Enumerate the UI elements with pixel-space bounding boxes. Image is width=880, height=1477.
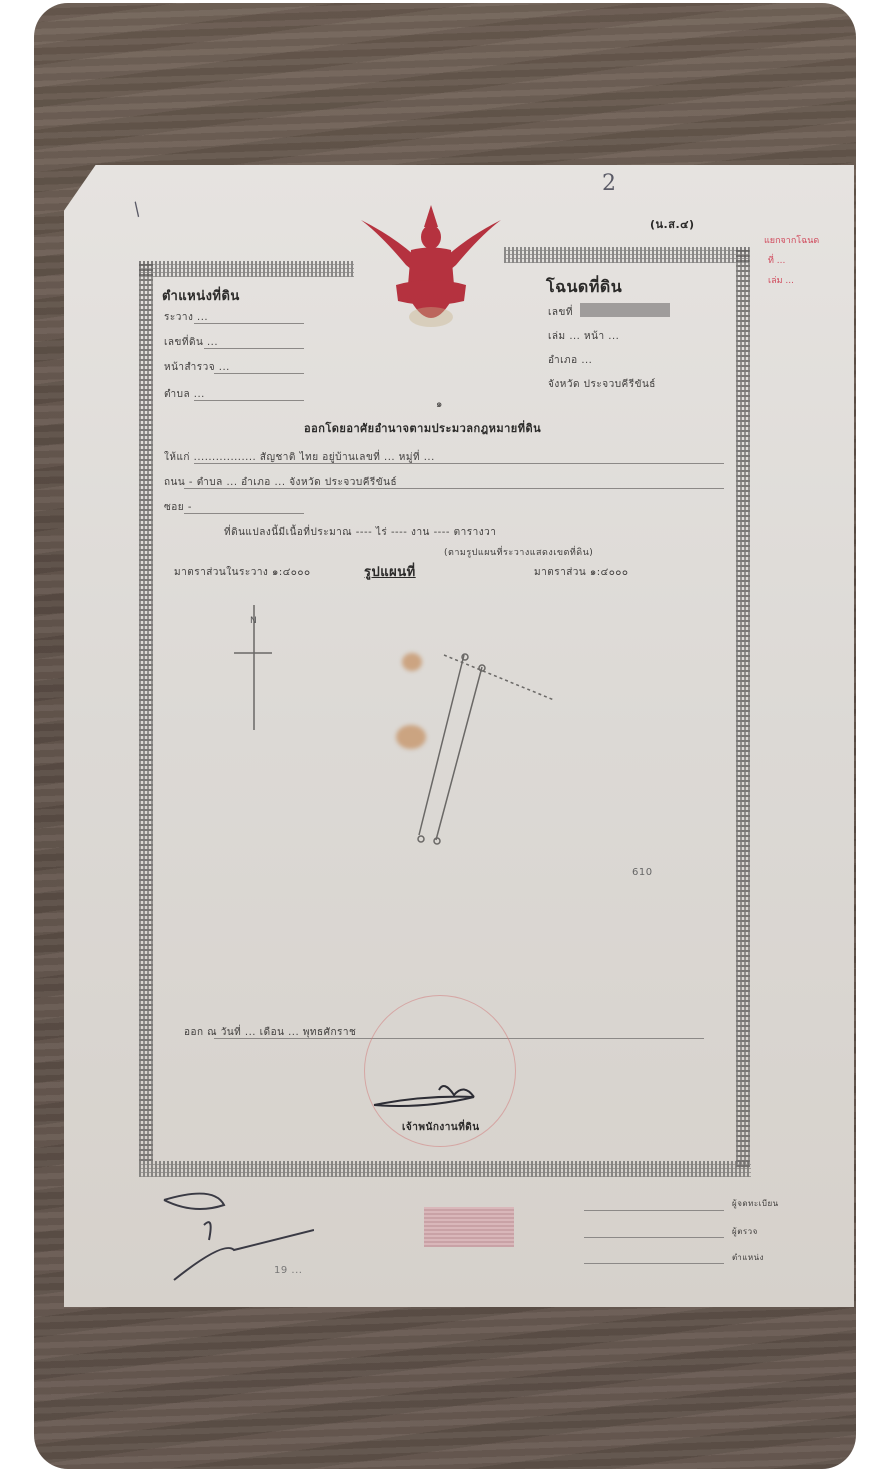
- svg-text:N: N: [250, 616, 257, 626]
- deed-number-redacted: [580, 303, 670, 317]
- signature-title: เจ้าพนักงานที่ดิน: [402, 1120, 480, 1135]
- border-right: [736, 247, 750, 1167]
- registrar-label: ผู้จดทะเบียน: [732, 1197, 779, 1210]
- position-label: ตำแหน่ง: [732, 1251, 764, 1264]
- date-stamp: 19 ...: [274, 1265, 302, 1276]
- scale-right: มาตราส่วน ๑:๔๐๐๐: [534, 565, 629, 580]
- area-note: (ตามรูปแผนที่ระวางแสดงเขตที่ดิน): [444, 545, 593, 559]
- redacted-stamp: [424, 1207, 514, 1247]
- red-stamp-line1: แยกจากโฉนด: [764, 233, 819, 247]
- red-stamp-line3: เล่ม ...: [768, 273, 794, 287]
- right-row-1: เล่ม ... หน้า ...: [548, 329, 619, 344]
- deed-heading: ออกโดยอาศัยอำนาจตามประมวลกฎหมายที่ดิน: [304, 419, 541, 437]
- deed-title: โฉนดที่ดิน: [546, 275, 622, 300]
- scale-left: มาตราส่วนในระวาง ๑:๔๐๐๐: [174, 565, 311, 580]
- pencil-note: 610: [632, 867, 653, 878]
- border-left: [139, 261, 153, 1161]
- stain: [402, 653, 422, 671]
- deed-number-label: เลขที่: [548, 305, 573, 320]
- wooden-table-background: / 2 (น.ส.๔) แยกจากโฉนด ที่ ... เล่ม ...: [34, 3, 856, 1469]
- mark-under-emblem: ๑: [436, 397, 443, 412]
- right-row-2: อำเภอ ...: [548, 353, 592, 368]
- area-line: ที่ดินแปลงนี้มีเนื้อที่ประมาณ ---- ไร่ -…: [224, 525, 496, 540]
- stain: [396, 725, 426, 749]
- red-stamp-line2: ที่ ...: [768, 253, 785, 267]
- land-title-deed: / 2 (น.ส.๔) แยกจากโฉนด ที่ ... เล่ม ...: [64, 165, 854, 1307]
- inspector-label: ผู้ตรวจ: [732, 1225, 758, 1238]
- border-top-left: [139, 261, 354, 277]
- pencil-mark-number: 2: [602, 171, 616, 196]
- land-location-title: ตำแหน่งที่ดิน: [162, 285, 240, 306]
- pencil-mark-left: /: [129, 199, 145, 220]
- right-row-3: จังหวัด ประจวบคีรีขันธ์: [548, 377, 656, 392]
- form-code: (น.ส.๔): [650, 215, 694, 233]
- border-bottom: [139, 1161, 751, 1177]
- map-title: รูปแผนที่: [364, 561, 416, 582]
- garuda-emblem-icon: [356, 205, 506, 330]
- parcel-map-sketch: N: [214, 595, 554, 855]
- border-top-right: [504, 247, 749, 263]
- official-signature: [364, 1075, 524, 1115]
